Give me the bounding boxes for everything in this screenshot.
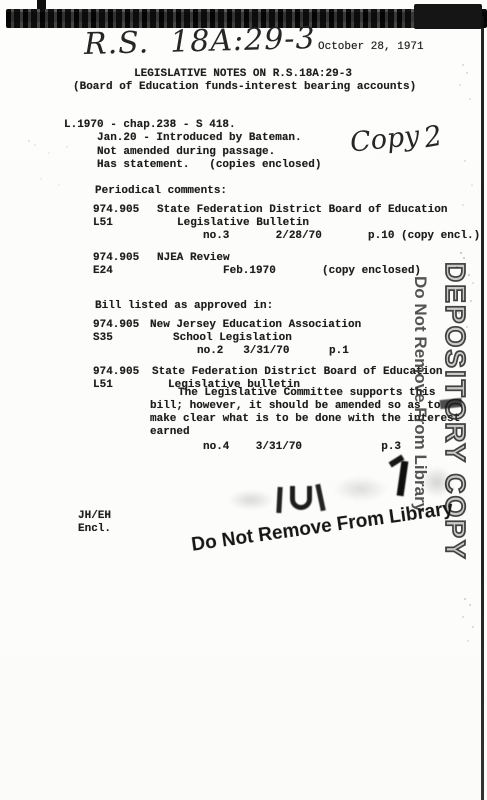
shelf-mark: L51 — [93, 217, 113, 230]
title-line-1: LEGISLATIVE NOTES ON R.S.18A:29-3 — [73, 68, 413, 81]
organization: State Federation District Board of Educa… — [157, 204, 447, 217]
issue-line: no.4 3/31/70 p.3 — [203, 441, 401, 454]
scan-noise-speckles — [462, 64, 464, 66]
organization: New Jersey Education Association — [150, 319, 361, 332]
committee-comment-line: The Legislative Committee supports this — [178, 387, 435, 400]
organization: State Federation District Board of Educa… — [152, 366, 442, 379]
catalog-number: 974.905 — [93, 366, 139, 379]
organization: NJEA Review — [157, 252, 230, 265]
publication-title: School Legislation — [173, 332, 292, 345]
section-heading-approved: Bill listed as approved in: — [95, 300, 273, 313]
law-detail-line: Has statement. (copies enclosed) — [97, 159, 321, 172]
faded-stamp-haze — [420, 466, 454, 498]
committee-comment-line: bill; however, it should be amended so a… — [150, 400, 440, 413]
faded-stamp-y-stroke — [397, 461, 409, 497]
document-title: LEGISLATIVE NOTES ON R.S.18A:29-3 (Board… — [73, 68, 413, 94]
handwritten-copy-number: 2 — [421, 119, 444, 155]
handwritten-citation: R.S. 18A:29-3 — [84, 21, 316, 62]
shelf-mark: E24 — [93, 265, 113, 278]
shelf-mark: L51 — [93, 379, 113, 392]
issue-line: Feb.1970 (copy enclosed) — [223, 265, 421, 278]
law-citation-line: L.1970 - chap.238 - S 418. — [64, 119, 236, 132]
scan-noise-speckles — [464, 598, 466, 600]
law-detail-line: Jan.20 - Introduced by Bateman. — [97, 132, 302, 145]
faded-stamp-haze — [333, 476, 388, 502]
catalog-number: 974.905 — [93, 252, 139, 265]
law-detail-line: Not amended during passage. — [97, 146, 275, 159]
title-line-2: (Board of Education funds-interest beari… — [73, 81, 413, 94]
section-heading-periodicals: Periodical comments: — [95, 185, 227, 198]
scanned-document-page: R.S. 18A:29-3 October 28, 1971 LEGISLATI… — [0, 0, 487, 800]
scan-noise-speckles — [460, 252, 462, 254]
handwritten-copy-word: Copy — [349, 120, 421, 158]
shelf-mark: S35 — [93, 332, 113, 345]
issue-line: no.3 2/28/70 p.10 (copy encl.) — [203, 230, 480, 243]
faded-stamp-u-shape — [290, 486, 312, 510]
scan-artifact-top-tick — [37, 0, 46, 9]
scan-artifact-top-right-block — [414, 4, 482, 29]
enclosure-note: Encl. — [78, 523, 111, 536]
faded-stamp-bar — [276, 487, 282, 513]
committee-comment-line: earned — [150, 426, 190, 439]
typist-initials: JH/EH — [78, 510, 111, 523]
publication-title: Legislative Bulletin — [177, 217, 309, 230]
catalog-number: 974.905 — [93, 204, 139, 217]
scan-noise-speckles — [28, 140, 30, 142]
catalog-number: 974.905 — [93, 319, 139, 332]
issue-line: no.2 3/31/70 p.1 — [197, 345, 349, 358]
document-date: October 28, 1971 — [318, 41, 424, 54]
faded-stamp-bar — [315, 484, 326, 511]
faded-stamp-haze — [228, 490, 274, 510]
scan-artifact-right-edge-line — [481, 16, 484, 800]
